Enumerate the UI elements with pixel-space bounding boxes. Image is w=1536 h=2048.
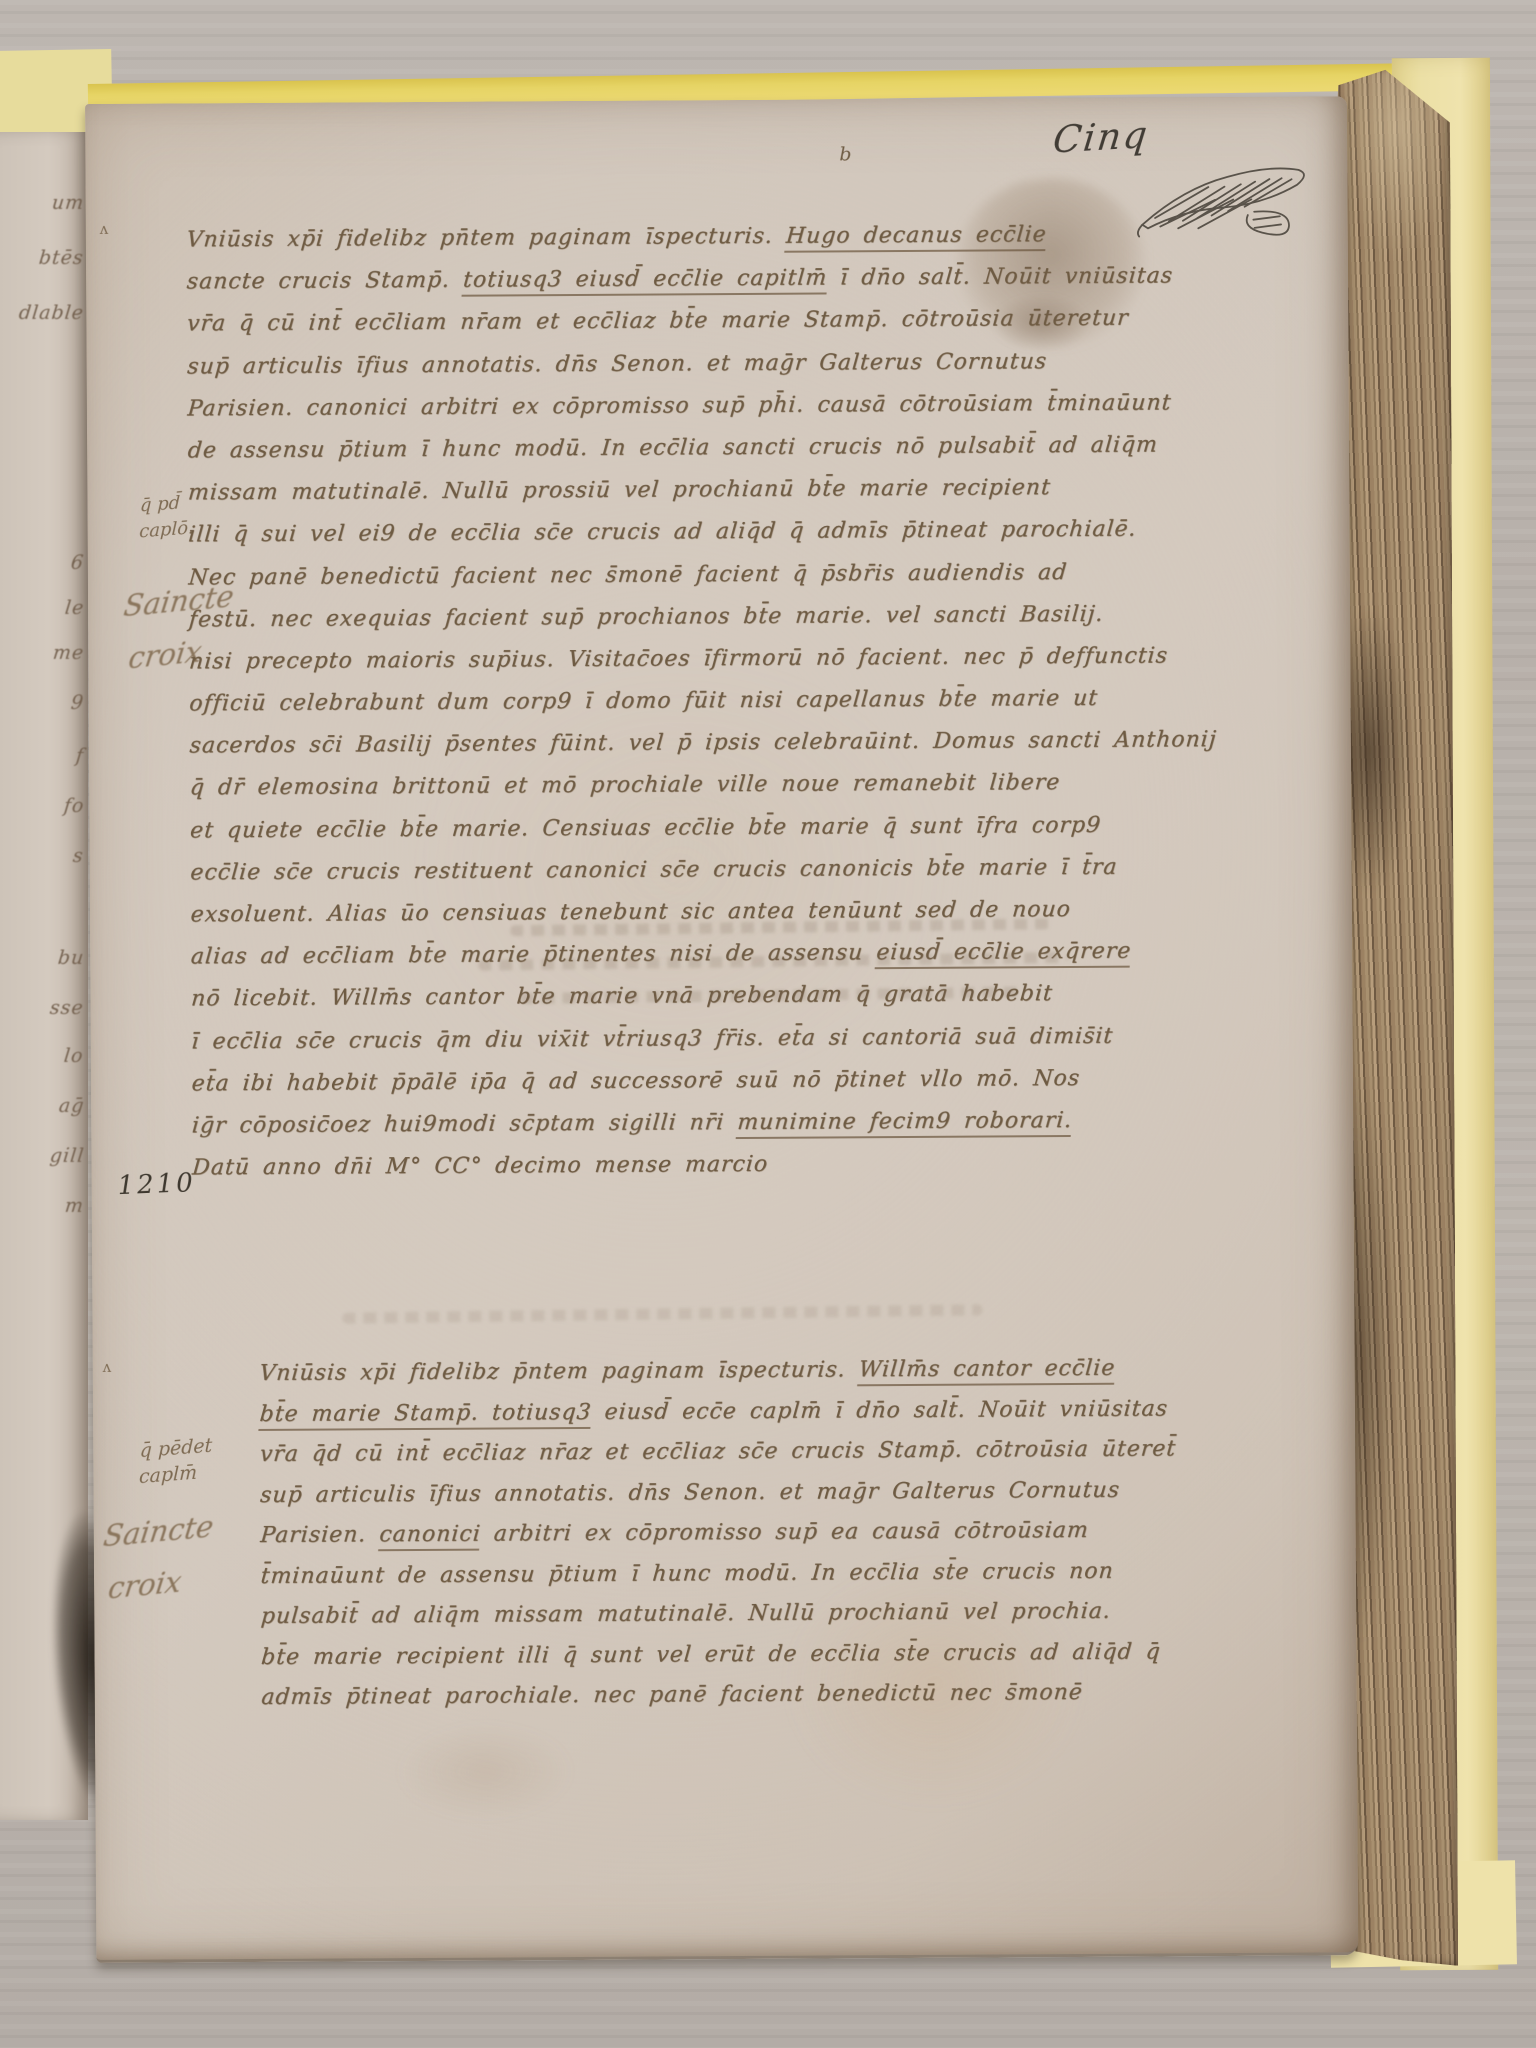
text-fragment: um <box>51 192 86 214</box>
text-segment: Parisien. canonici arbitri ex cōpromisso… <box>187 390 1173 421</box>
text-segment: ecc̄lie sc̄e crucis restituent canonici … <box>189 855 1118 886</box>
charter-1-text-block: Vniūsis xp̄i fidelibz pn̄tem paginam īsp… <box>186 220 1372 1198</box>
manuscript-line: officiū celebrabunt dum corp9 ī domo fūi… <box>187 684 1370 733</box>
text-segment: officiū celebrabunt dum corp9 ī domo fūi… <box>188 686 1099 717</box>
manuscript-line: Parisien. canonici arbitri ex cōpromisso… <box>258 1516 1441 1564</box>
manuscript-line: q̄ dr̄ elemosina brittonū et mō prochial… <box>188 769 1371 818</box>
manuscript-line: illi q̄ sui vel ei9 de ecc̄lia sc̄e cruc… <box>186 515 1369 564</box>
text-fragment: aḡ <box>57 1095 85 1117</box>
manuscript-line: ecc̄lie sc̄e crucis restituent canonici … <box>188 853 1371 902</box>
text-segment: illi q̄ sui vel ei9 de ecc̄lia sc̄e cruc… <box>187 517 1137 548</box>
text-segment: missam matutinalē. Nullū prossiū vel pro… <box>187 475 1052 505</box>
manuscript-line: de assensu p̄tium ī hunc modū. In ecc̄li… <box>185 431 1368 480</box>
text-fragment: le <box>64 597 86 619</box>
marginal-year-1210: 1210 <box>117 1168 196 1201</box>
manuscript-line: pulsabit̄ ad aliq̄m missam matutinalē. N… <box>259 1597 1442 1645</box>
manuscript-line: sup̄ articulis īfius annotatis. dn̄s Sen… <box>185 347 1368 396</box>
text-segment: Vniūsis xp̄i fidelibz p̄ntem paginam īsp… <box>258 1357 859 1386</box>
manuscript-line: vr̄a q̄d cū int̄ ecc̄liaz nr̄az et ecc̄l… <box>258 1435 1441 1483</box>
text-segment: admīs p̄tineat parochiale. nec panē faci… <box>260 1680 1083 1710</box>
text-fragment: 9 <box>70 692 85 714</box>
folio-mark: b <box>839 143 851 165</box>
marginal-note-capitulum-2: q̄ pēdet caplm̄ <box>139 1433 213 1491</box>
text-segment: t̄minaūunt de assensu p̄tium ī hunc modū… <box>260 1558 1115 1588</box>
text-segment: Nec panē benedictū facient nec s̄monē fa… <box>188 560 1069 590</box>
manuscript-line: Vniūsis xp̄i fidelibz pn̄tem paginam īsp… <box>184 220 1367 269</box>
text-fragment: me <box>52 642 86 664</box>
text-segment: nisi precepto maioris sup̄ius. Visitac̄o… <box>188 643 1169 674</box>
manuscript-line: nisi precepto maioris sup̄ius. Visitac̄o… <box>187 642 1370 691</box>
manuscript-line: Parisien. canonici arbitri ex cōpromisso… <box>185 389 1368 438</box>
margin-caret-mark: ʌ <box>103 1358 112 1376</box>
underlined-phrase: bt̄e marie Stamp̄. totiusq3 <box>258 1399 592 1430</box>
text-segment: sancte crucis Stamp̄. <box>186 268 464 295</box>
text-segment: vr̄a q̄d cū int̄ ecc̄liaz nr̄az et ecc̄l… <box>259 1436 1177 1467</box>
marginal-note-line: q̄ pēdet <box>139 1433 212 1465</box>
text-segment: de assensu p̄tium ī hunc modū. In ecc̄li… <box>187 432 1159 463</box>
manuscript-line: exsoluent. Alias ūo censiuas tenebunt si… <box>188 895 1371 944</box>
text-segment: Datū anno dn̄i M° CC° decimo mense marci… <box>191 1152 769 1181</box>
text-segment: arbitri ex cōpromisso sup̄ ea causā cōtr… <box>480 1518 1090 1547</box>
text-segment: iḡr cōposic̄oez hui9modi sc̄ptam sigilli… <box>191 1110 738 1138</box>
text-fragment: fo <box>62 795 85 817</box>
margin-caret-mark: ʌ <box>100 220 109 238</box>
text-segment: vr̄a q̄ cū int̄ ecc̄liam nr̄am et ecc̄li… <box>186 306 1130 337</box>
underlined-phrase: canonici <box>378 1522 482 1552</box>
manuscript-line: et̄a ibi habebit p̄pālē ip̄a q̄ ad succe… <box>189 1064 1372 1113</box>
manuscript-line: iḡr cōposic̄oez hui9modi sc̄ptam sigilli… <box>190 1106 1373 1155</box>
text-segment: pulsabit̄ ad aliq̄m missam matutinalē. N… <box>260 1599 1112 1629</box>
underlined-phrase: totiusq3 eiusd̄ ecc̄lie capitlm̄ <box>462 266 828 297</box>
text-fragment: dlable <box>18 302 85 324</box>
text-segment: eiusd̄ ecc̄e caplm̄ ī dn̄o salt̄. Noūit … <box>591 1396 1169 1425</box>
manuscript-line: nō licebit. Willm̄s cantor bt̄e marie vn… <box>189 980 1372 1029</box>
text-segment: sup̄ articulis īfius annotatis. dn̄s Sen… <box>259 1477 1121 1507</box>
manuscript-line: vr̄a q̄ cū int̄ ecc̄liam nr̄am et ecc̄li… <box>185 305 1368 354</box>
manuscript-line: Nec panē benedictū facient nec s̄monē fa… <box>186 558 1369 607</box>
underlined-phrase: munimine fecim9 roborari. <box>736 1108 1073 1139</box>
manuscript-page: b Cinq ʌ ʌ q̄ pd̄ caplō. Saincte croix 1… <box>85 96 1358 1963</box>
text-segment: q̄ dr̄ elemosina brittonū et mō prochial… <box>189 770 1061 800</box>
marginal-note-saincte-croix-2: Saincte croix <box>93 1500 217 1616</box>
underlined-phrase: Hugo decanus ecc̄lie <box>785 222 1048 253</box>
text-segment: ī dn̄o salt̄. Noūit vniūsitas <box>826 264 1174 291</box>
text-segment: ī ecc̄lia sc̄e crucis q̄m diu vix̄it vt̄… <box>190 1023 1114 1054</box>
underlined-phrase: Willm̄s cantor ecc̄lie <box>858 1356 1117 1387</box>
text-segment: Parisien. <box>259 1522 380 1548</box>
marginal-note-line: Saincte <box>100 1500 217 1563</box>
manuscript-line: et quiete ecc̄lie bt̄e marie. Censiuas e… <box>188 811 1371 860</box>
marginal-note-line: croix <box>93 1552 210 1615</box>
text-fragment: btēs <box>38 247 85 269</box>
marginal-note-line: caplm̄ <box>139 1459 212 1491</box>
text-fragment: 6 <box>70 552 85 574</box>
text-fragment: bu <box>56 947 85 969</box>
text-segment: sacerdos sc̄i Basilij p̄sentes fūint. ve… <box>189 727 1218 758</box>
text-segment: Vniūsis xp̄i fidelibz pn̄tem paginam īsp… <box>186 224 787 253</box>
text-segment: sup̄ articulis īfius annotatis. dn̄s Sen… <box>186 349 1048 379</box>
manuscript-line: festū. nec exequias facient sup̄ prochia… <box>186 600 1369 649</box>
text-segment: et quiete ecc̄lie bt̄e marie. Censiuas e… <box>189 812 1102 843</box>
text-fragment: s <box>72 845 85 867</box>
charter-2-text-block: Vniūsis xp̄i fidelibz p̄ntem paginam īsp… <box>259 1354 1441 1726</box>
manuscript-line: bt̄e marie recipient illi q̄ sunt vel er… <box>259 1637 1442 1685</box>
show-through-text <box>342 1304 982 1323</box>
text-fragment: gill <box>48 1145 85 1167</box>
manuscript-line: t̄minaūunt de assensu p̄tium ī hunc modū… <box>258 1556 1441 1604</box>
later-inscription-cinq: Cinq <box>1051 113 1152 162</box>
text-fragment: m <box>64 1195 85 1217</box>
text-fragment: lo <box>63 1045 85 1067</box>
text-segment: bt̄e marie recipient illi q̄ sunt vel er… <box>260 1639 1162 1670</box>
manuscript-line: sup̄ articulis īfius annotatis. dn̄s Sen… <box>258 1475 1441 1523</box>
foxing-stain <box>395 1721 576 1822</box>
text-fragment: sse <box>49 997 85 1019</box>
photograph-of-manuscript: { "colors": { "table_surface": "#b9b2ac"… <box>0 0 1536 2048</box>
manuscript-line: Datū anno dn̄i M° CC° decimo mense marci… <box>190 1148 1373 1197</box>
text-segment: et̄a ibi habebit p̄pālē ip̄a q̄ ad succe… <box>191 1066 1081 1096</box>
manuscript-line: ī ecc̄lia sc̄e crucis q̄m diu vix̄it vt̄… <box>189 1022 1372 1071</box>
manuscript-line: Vniūsis xp̄i fidelibz p̄ntem paginam īsp… <box>257 1354 1440 1402</box>
text-fragment: f <box>75 745 85 767</box>
text-segment: festū. nec exequias facient sup̄ prochia… <box>188 601 1105 632</box>
manuscript-line: bt̄e marie Stamp̄. totiusq3 eiusd̄ ecc̄e… <box>257 1394 1440 1442</box>
manuscript-line: admīs p̄tineat parochiale. nec panē faci… <box>259 1678 1442 1726</box>
